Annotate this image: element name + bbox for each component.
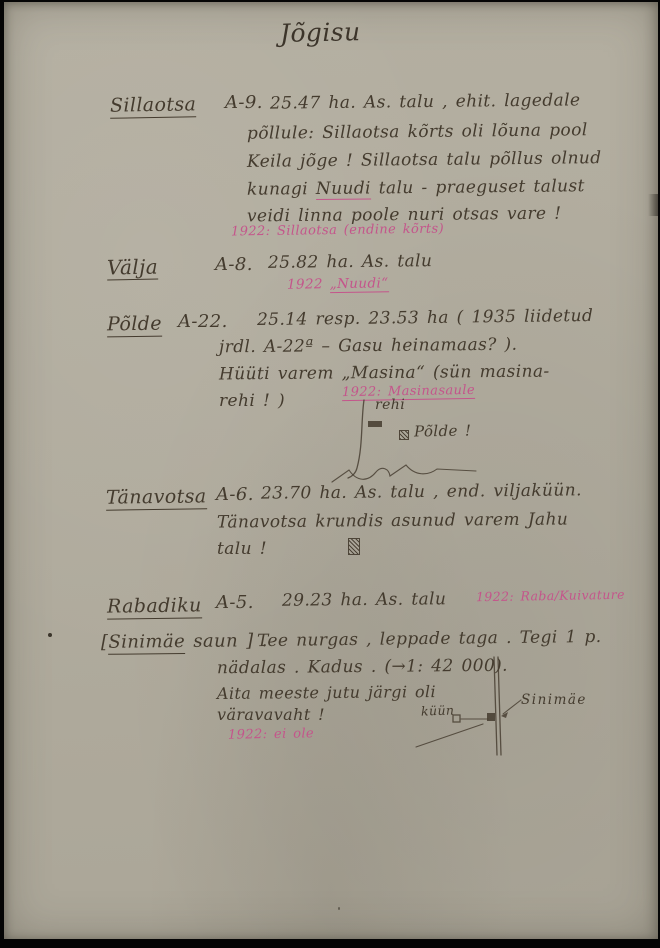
sinimae-line-1: Tee nurgas , leppade taga . Tegi 1 p. <box>257 628 602 651</box>
tanavotsa-line-1: 23.70 ha. As. talu , end. viljaküün. <box>261 481 582 503</box>
sillaotsa-line-1: 25.47 ha. As. talu , ehit. lagedale <box>270 91 581 113</box>
road-line-right <box>498 657 501 755</box>
sillaotsa-line-2: põllule: Sillaotsa kõrts oli lõuna pool <box>247 121 588 143</box>
road-line-left <box>494 657 497 755</box>
sillaotsa-1922-annotation: 1922: Sillaotsa (endine kõrts) <box>231 223 444 240</box>
polde-location-sketch <box>326 398 496 490</box>
scan-edge-smudge <box>648 194 658 216</box>
rabadiku-1922-annotation: 1922: Raba/Kuivature <box>476 588 625 604</box>
farm-code-sillaotsa: A-9. <box>225 93 263 113</box>
farm-code-valja: A-8. <box>215 255 253 275</box>
paper-sheet: Jõgisu Sillaotsa A-9. 25.47 ha. As. talu… <box>4 2 658 939</box>
rehi-building-marker <box>368 421 382 427</box>
sillaotsa-line-3: Keila jõge ! Sillaotsa talu põllus olnud <box>247 149 602 171</box>
polde-building-marker <box>399 430 409 440</box>
farm-name-valja: Välja <box>107 256 158 281</box>
sinimae-line-3: Aita meeste jutu järgi oli <box>217 683 436 703</box>
diagonal-path-line <box>416 724 483 747</box>
sillaotsa-line-4-post: talu - praeguset talust <box>371 176 585 198</box>
farm-name-sinimae: [Sinimäe saun ] . <box>101 631 268 653</box>
ink-speck <box>338 907 340 910</box>
sinimae-1922-annotation: 1922: ei ole <box>228 727 314 743</box>
scanned-page-background: Jõgisu Sillaotsa A-9. 25.47 ha. As. talu… <box>0 0 660 948</box>
valja-1922-nuudi: „Nuudi“ <box>330 275 389 293</box>
farm-code-rabadiku: A-5. <box>216 593 254 613</box>
tanavotsa-building-marker <box>348 538 360 555</box>
ink-speck <box>48 633 52 637</box>
farm-code-tanavotsa: A-6. <box>216 485 254 505</box>
tanavotsa-line-3: talu ! <box>217 540 267 559</box>
polde-line-2: jrdl. A-22ª – Gasu heinamaas? ). <box>219 336 518 357</box>
sillaotsa-line-4-pre: kunagi <box>247 179 316 200</box>
sinimae-building-marker <box>487 713 495 721</box>
road-line <box>348 400 364 478</box>
tanavotsa-line-2: Tänavotsa krundis asunud varem Jahu <box>217 510 568 532</box>
sillaotsa-nuudi-underlined: Nuudi <box>316 178 371 200</box>
polde-sketch-label: Põlde ! <box>414 423 472 440</box>
polde-line-4: rehi ! ) <box>219 392 285 411</box>
farm-name-tanavotsa: Tänavotsa <box>106 486 207 510</box>
rabadiku-line-1: 29.23 ha. As. talu <box>282 590 446 610</box>
sinimae-name-rest: saun ] . <box>185 630 268 652</box>
rehi-label: rehi <box>375 398 405 413</box>
valja-1922-year: 1922 <box>287 276 330 293</box>
sillaotsa-line-4: kunagi Nuudi talu - praeguset talust <box>247 177 585 199</box>
farm-name-rabadiku: Rabadiku <box>107 595 202 619</box>
farm-code-polde: A-22. <box>178 312 228 332</box>
arrow-line <box>503 700 521 714</box>
sinimae-sketch-label: Sinimäe <box>521 693 587 708</box>
kyyn-label: küün <box>421 703 455 718</box>
farm-name-polde: Põlde <box>107 314 162 338</box>
valja-line-1: 25.82 ha. As. talu <box>268 252 433 272</box>
valja-1922-annotation: 1922 „Nuudi“ <box>287 276 389 292</box>
sinimae-name-underlined: Sinimäe <box>108 631 185 655</box>
sinimae-line-4: väravavaht ! <box>217 706 325 724</box>
farm-name-sillaotsa: Sillaotsa <box>110 94 197 118</box>
page-title: Jõgisu <box>280 18 361 47</box>
polde-line-3: Hüüti varem „Masina“ (sün masina- <box>219 363 550 385</box>
polde-line-1: 25.14 resp. 23.53 ha ( 1935 liidetud <box>257 307 593 330</box>
